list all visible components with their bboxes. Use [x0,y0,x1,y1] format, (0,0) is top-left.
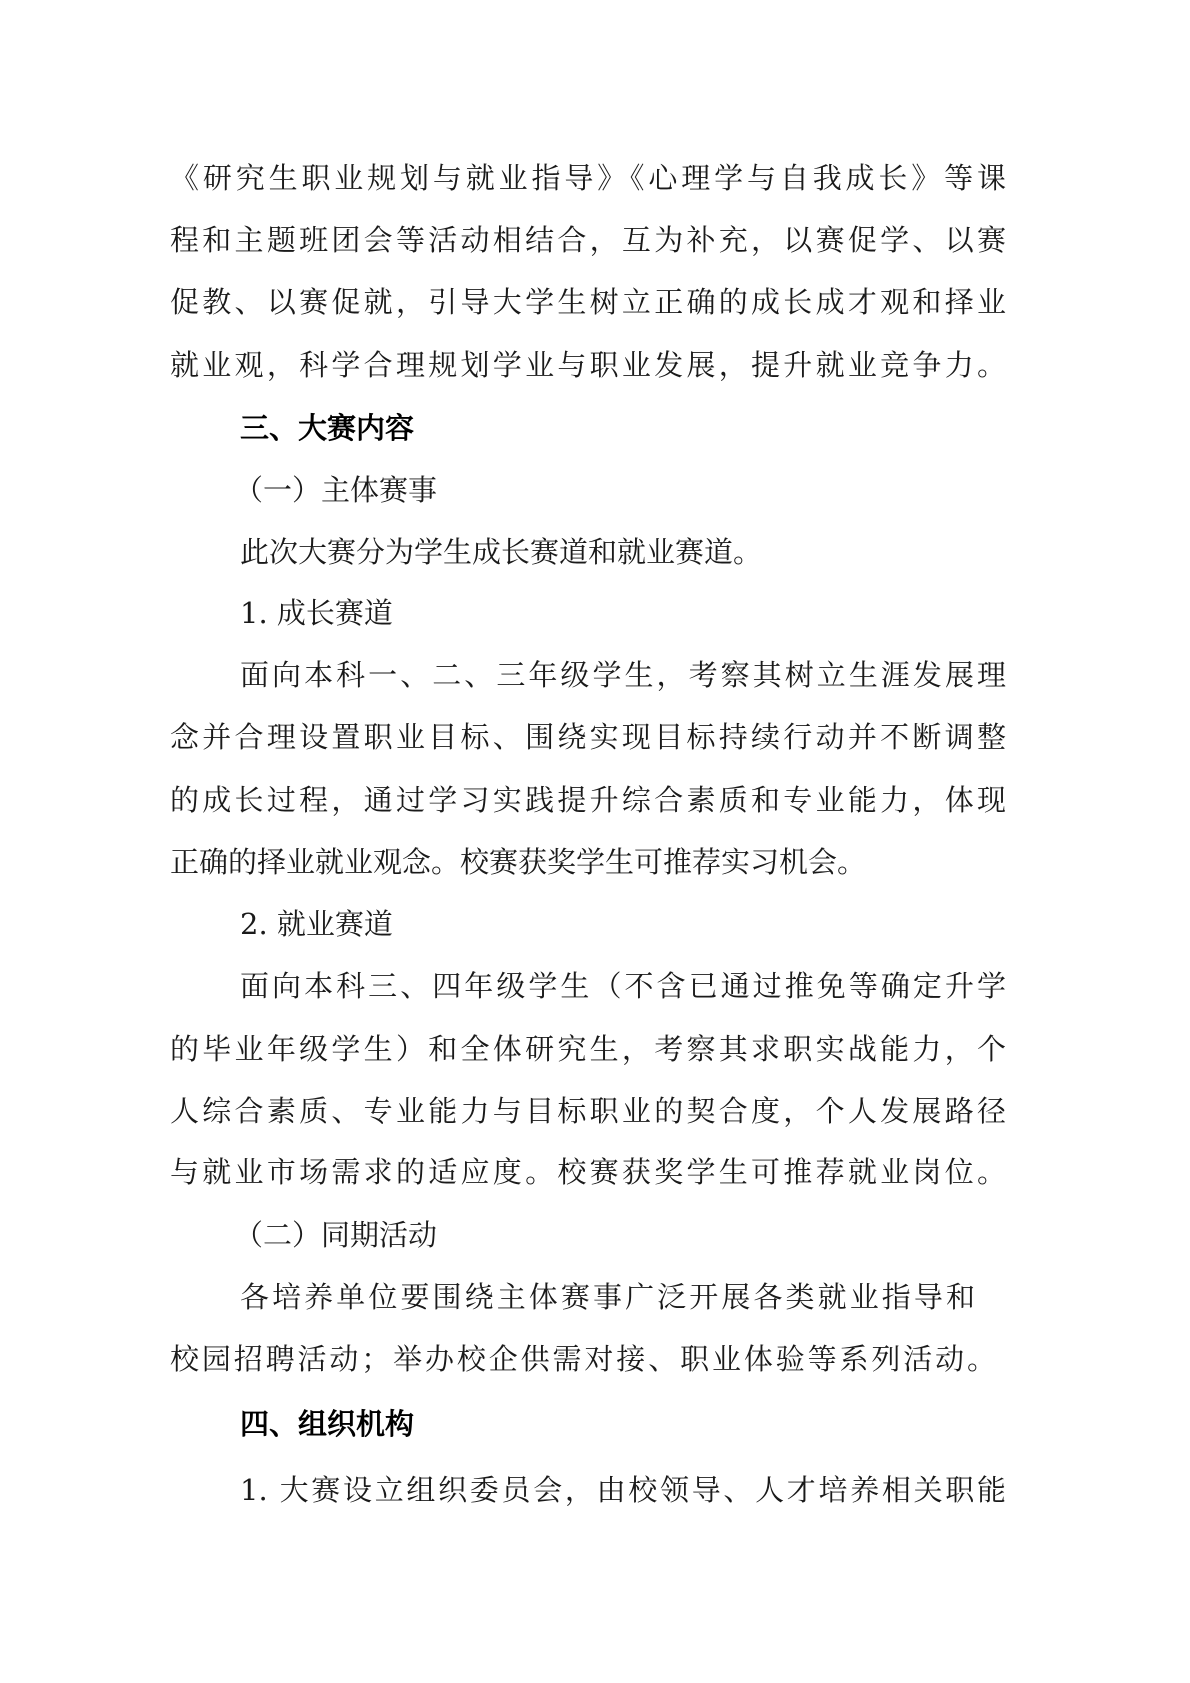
paragraph-line: 正确的择业就业观念。校赛获奖学生可推荐实习机会。 [170,842,866,882]
paragraph-line: 各培养单位要围绕主体赛事广泛开展各类就业指导和 [240,1277,975,1317]
paragraph-line: 的毕业年级学生）和全体研究生，考察其求职实战能力，个 [170,1029,1006,1069]
section-heading-3: 三、大赛内容 [240,408,414,448]
item-heading-employment-track: 2. 就业赛道 [240,904,393,944]
paragraph-line: 1. 大赛设立组织委员会，由校领导、人才培养相关职能 [240,1470,1006,1510]
paragraph-line: 面向本科一、二、三年级学生，考察其树立生涯发展理 [240,655,1006,695]
paragraph-line: 《研究生职业规划与就业指导》《心理学与自我成长》等课 [170,158,1006,198]
paragraph-line: 此次大赛分为学生成长赛道和就业赛道。 [240,532,762,572]
section-heading-4: 四、组织机构 [240,1404,414,1444]
document-page: 《研究生职业规划与就业指导》《心理学与自我成长》等课 程和主题班团会等活动相结合… [0,0,1190,1683]
paragraph-line: 程和主题班团会等活动相结合，互为补充，以赛促学、以赛 [170,220,1006,260]
item-heading-growth-track: 1. 成长赛道 [240,593,393,633]
subsection-heading-main-event: （一）主体赛事 [234,470,437,510]
paragraph-line: 就业观，科学合理规划学业与职业发展，提升就业竞争力。 [170,345,1006,385]
paragraph-line: 与就业市场需求的适应度。校赛获奖学生可推荐就业岗位。 [170,1152,1006,1192]
paragraph-line: 人综合素质、专业能力与目标职业的契合度，个人发展路径 [170,1091,1006,1131]
paragraph-line: 面向本科三、四年级学生（不含已通过推免等确定升学 [240,966,1006,1006]
paragraph-line: 的成长过程，通过学习实践提升综合素质和专业能力，体现 [170,780,1006,820]
paragraph-line: 促教、以赛促就，引导大学生树立正确的成长成才观和择业 [170,282,1006,322]
paragraph-line: 念并合理设置职业目标、围绕实现目标持续行动并不断调整 [170,717,1006,757]
paragraph-line: 校园招聘活动；举办校企供需对接、职业体验等系列活动。 [170,1339,996,1379]
subsection-heading-concurrent-activities: （二）同期活动 [234,1215,437,1255]
